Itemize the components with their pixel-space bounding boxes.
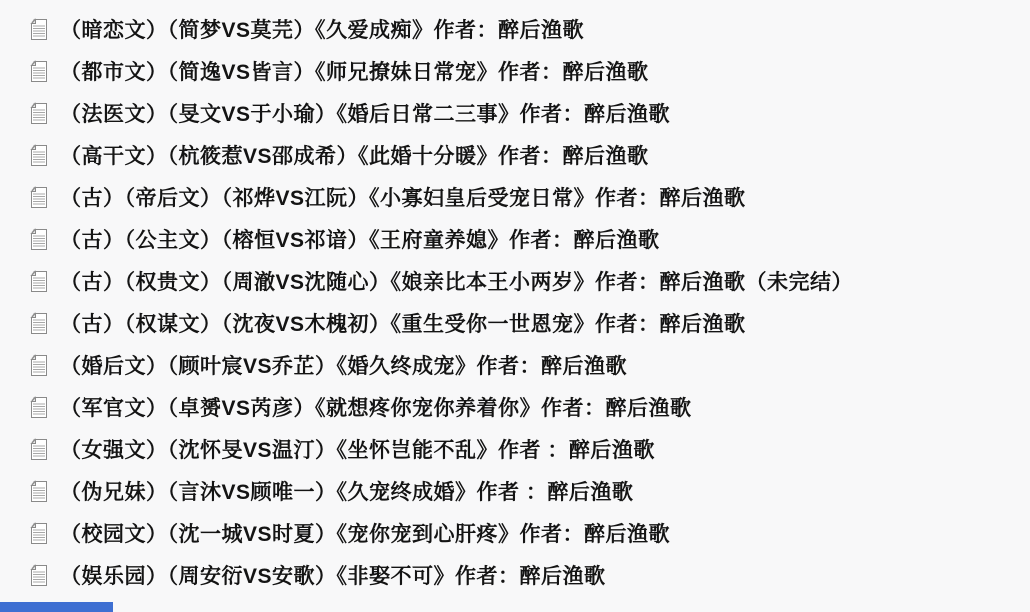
document-icon xyxy=(30,144,48,167)
list-item-text: （高干文）（杭筱惹VS邵成希）《此婚十分暖》作者：醉后渔歌 xyxy=(60,140,649,170)
list-item-text: （校园文）（沈一城VS时夏）《宠你宠到心肝疼》作者：醉后渔歌 xyxy=(60,518,670,548)
list-item[interactable]: （法医文）（旻文VS于小瑜）《婚后日常二三事》作者：醉后渔歌 xyxy=(30,92,853,134)
list-item[interactable]: （婚后文）（顾叶宸VS乔芷）《婚久终成宠》作者：醉后渔歌 xyxy=(30,344,853,386)
document-icon xyxy=(30,102,48,125)
document-icon xyxy=(30,480,48,503)
list-item[interactable]: （伪兄妹）（言沐VS顾唯一）《久宠终成婚》作者 ：醉后渔歌 xyxy=(30,470,853,512)
list-item[interactable]: （高干文）（杭筱惹VS邵成希）《此婚十分暖》作者：醉后渔歌 xyxy=(30,134,853,176)
list-item-text: （古）（帝后文）（祁烨VS江阮）《小寡妇皇后受宠日常》作者：醉后渔歌 xyxy=(60,182,746,212)
list-item[interactable]: （女强文）（沈怀旻VS温汀）《坐怀岂能不乱》作者 ：醉后渔歌 xyxy=(30,428,853,470)
list-item[interactable]: （古）（权贵文）（周澈VS沈随心）《娘亲比本王小两岁》作者：醉后渔歌（未完结） xyxy=(30,260,853,302)
list-item[interactable]: （古）（公主文）（榕恒VS祁谙）《王府童养媳》作者：醉后渔歌 xyxy=(30,218,853,260)
list-item-text: （女强文）（沈怀旻VS温汀）《坐怀岂能不乱》作者 ：醉后渔歌 xyxy=(60,434,655,464)
document-list: （暗恋文）（简梦VS莫芫）《久爱成痴》作者：醉后渔歌 （都市文）（简逸VS皆言）… xyxy=(30,8,853,596)
list-item[interactable]: （军官文）（卓赟VS芮彦）《就想疼你宠你养着你》作者：醉后渔歌 xyxy=(30,386,853,428)
document-icon xyxy=(30,396,48,419)
document-icon xyxy=(30,18,48,41)
list-item[interactable]: （都市文）（简逸VS皆言）《师兄撩妹日常宠》作者：醉后渔歌 xyxy=(30,50,853,92)
document-icon xyxy=(30,354,48,377)
list-item[interactable]: （娱乐园）（周安衍VS安歌）《非娶不可》作者：醉后渔歌 xyxy=(30,554,853,596)
document-icon xyxy=(30,438,48,461)
list-item-text: （古）（权贵文）（周澈VS沈随心）《娘亲比本王小两岁》作者：醉后渔歌（未完结） xyxy=(60,266,853,296)
list-item-text: （伪兄妹）（言沐VS顾唯一）《久宠终成婚》作者 ：醉后渔歌 xyxy=(60,476,633,506)
document-icon xyxy=(30,186,48,209)
list-item[interactable]: （暗恋文）（简梦VS莫芫）《久爱成痴》作者：醉后渔歌 xyxy=(30,8,853,50)
list-item-text: （都市文）（简逸VS皆言）《师兄撩妹日常宠》作者：醉后渔歌 xyxy=(60,56,649,86)
list-item[interactable]: （古）（帝后文）（祁烨VS江阮）《小寡妇皇后受宠日常》作者：醉后渔歌 xyxy=(30,176,853,218)
list-item-text: （婚后文）（顾叶宸VS乔芷）《婚久终成宠》作者：醉后渔歌 xyxy=(60,350,627,380)
document-icon xyxy=(30,522,48,545)
file-list-screen: （暗恋文）（简梦VS莫芫）《久爱成痴》作者：醉后渔歌 （都市文）（简逸VS皆言）… xyxy=(0,0,1030,612)
document-icon xyxy=(30,312,48,335)
list-item-text: （古）（权谋文）（沈夜VS木槐初）《重生受你一世恩宠》作者：醉后渔歌 xyxy=(60,308,746,338)
document-icon xyxy=(30,270,48,293)
list-item-text: （军官文）（卓赟VS芮彦）《就想疼你宠你养着你》作者：醉后渔歌 xyxy=(60,392,692,422)
list-item-text: （法医文）（旻文VS于小瑜）《婚后日常二三事》作者：醉后渔歌 xyxy=(60,98,670,128)
list-item-text: （娱乐园）（周安衍VS安歌）《非娶不可》作者：醉后渔歌 xyxy=(60,560,606,590)
list-item-text: （暗恋文）（简梦VS莫芫）《久爱成痴》作者：醉后渔歌 xyxy=(60,14,584,44)
list-item[interactable]: （古）（权谋文）（沈夜VS木槐初）《重生受你一世恩宠》作者：醉后渔歌 xyxy=(30,302,853,344)
list-item-text: （古）（公主文）（榕恒VS祁谙）《王府童养媳》作者：醉后渔歌 xyxy=(60,224,660,254)
document-icon xyxy=(30,564,48,587)
document-icon xyxy=(30,228,48,251)
document-icon xyxy=(30,60,48,83)
bottom-accent-bar xyxy=(0,602,113,612)
list-item[interactable]: （校园文）（沈一城VS时夏）《宠你宠到心肝疼》作者：醉后渔歌 xyxy=(30,512,853,554)
